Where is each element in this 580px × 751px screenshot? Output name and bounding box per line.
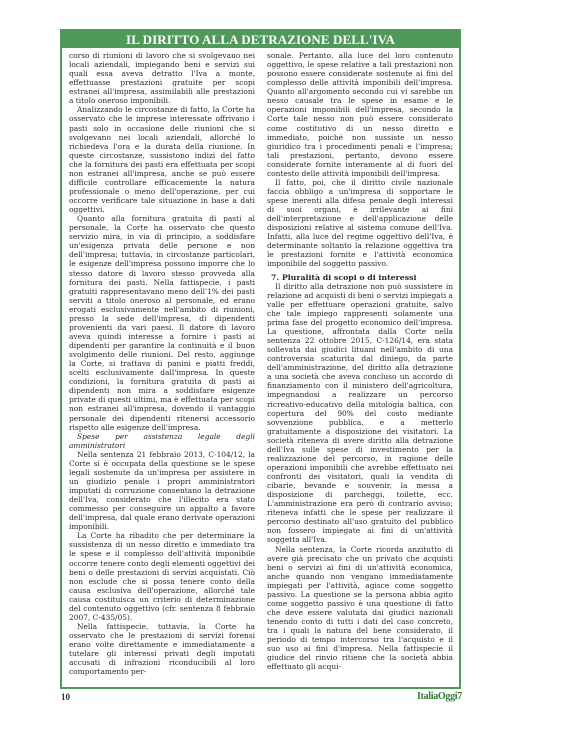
paragraph: Analizzando le circostanze di fatto, la … (69, 105, 255, 214)
page-number: 10 (61, 692, 70, 702)
paragraph: Il diritto alla detrazione non può sussi… (267, 282, 453, 545)
paragraph: La Corte ha ribadito che per determinare… (69, 531, 255, 622)
publication-logo: ItaliaOggi7 (417, 691, 462, 702)
paragraph: Nella fattispecie, tuttavia, la Corte ha… (69, 622, 255, 676)
article-frame: IL DIRITTO ALLA DETRAZIONE DELL'IVA cors… (60, 29, 461, 689)
paragraph: Quanto alla fornitura gratuita di pasti … (69, 214, 255, 432)
article-body: corso di riunioni di lavoro che si svolg… (69, 51, 453, 685)
subsection-title: Spese per assistenza legale degli ammini… (69, 432, 255, 450)
paragraph: Il fatto, poi, che il diritto civile naz… (267, 178, 453, 269)
section-heading: 7. Pluralità di scopi o di interessi (267, 273, 453, 282)
paragraph: Nella sentenza 21 febbraio 2013, C-104/1… (69, 450, 255, 532)
paragraph: sonale. Pertanto, alla luce del loro con… (267, 51, 453, 178)
section-header: IL DIRITTO ALLA DETRAZIONE DELL'IVA (62, 31, 459, 48)
right-column: sonale. Pertanto, alla luce del loro con… (267, 51, 453, 685)
paragraph: corso di riunioni di lavoro che si svolg… (69, 51, 255, 105)
paragraph: Nella sentenza, la Corte ricorda anzitut… (267, 545, 453, 672)
left-column: corso di riunioni di lavoro che si svolg… (69, 51, 255, 685)
